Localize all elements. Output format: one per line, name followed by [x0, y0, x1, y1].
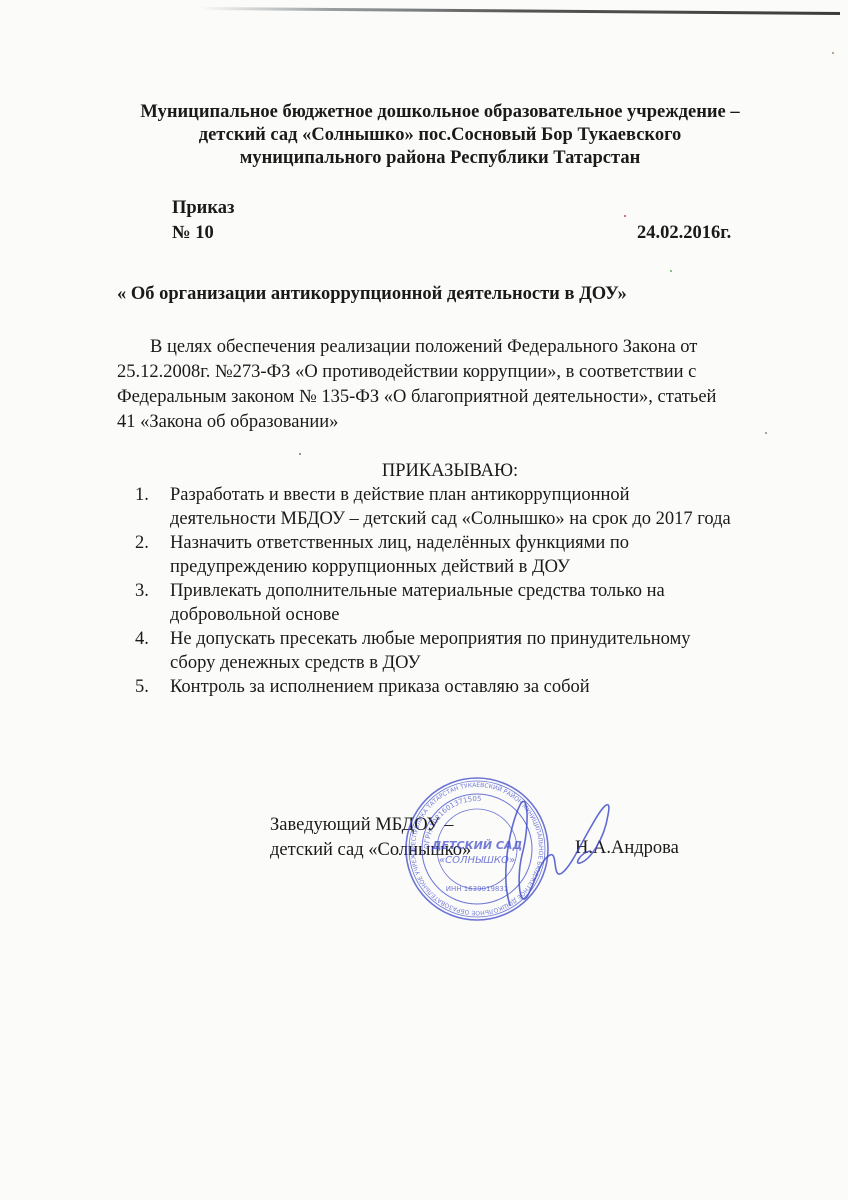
decree-heading: ПРИКАЗЫВАЮ:: [100, 461, 800, 482]
item-number: 4.: [135, 627, 149, 651]
preamble-line: 41 «Закона об образовании»: [117, 410, 797, 435]
preamble-paragraph: В целях обеспечения реализации положений…: [117, 335, 797, 435]
list-item: 1. Разработать и ввести в действие план …: [135, 483, 795, 531]
header-line: муниципального района Республики Татарст…: [100, 147, 780, 170]
preamble-line: В целях обеспечения реализации положений…: [117, 335, 797, 360]
item-text: Назначить ответственных лиц, наделённых …: [170, 531, 795, 555]
handwritten-signature-icon: [480, 785, 630, 925]
item-number: 1.: [135, 483, 149, 507]
scan-speck: [765, 432, 767, 434]
item-text: Разработать и ввести в действие план ант…: [170, 483, 795, 507]
list-item: 4. Не допускать пресекать любые мероприя…: [135, 627, 795, 675]
scan-speck: [670, 270, 672, 272]
item-text: сбору денежных средств в ДОУ: [170, 651, 795, 675]
header-line: детский сад «Солнышко» пос.Сосновый Бор …: [100, 124, 780, 147]
order-title: « Об организации антикоррупционной деяте…: [117, 284, 627, 305]
scan-speck: [299, 453, 301, 455]
header-line: Муниципальное бюджетное дошкольное образ…: [100, 101, 780, 124]
order-label: Приказ: [172, 198, 234, 219]
item-number: 5.: [135, 675, 149, 699]
scan-speck: [832, 52, 834, 54]
scan-speck: [624, 215, 626, 217]
order-items-list: 1. Разработать и ввести в действие план …: [135, 483, 795, 699]
list-item: 5. Контроль за исполнением приказа остав…: [135, 675, 795, 699]
order-date: 24.02.2016г.: [637, 223, 731, 244]
preamble-line: Федеральным законом № 135-ФЗ «О благопри…: [117, 385, 797, 410]
item-text: предупреждению коррупционных действий в …: [170, 555, 795, 579]
item-text: добровольной основе: [170, 603, 795, 627]
item-number: 3.: [135, 579, 149, 603]
item-text: Привлекать дополнительные материальные с…: [170, 579, 795, 603]
order-number: № 10: [172, 223, 214, 244]
preamble-line: 25.12.2008г. №273-ФЗ «О противодействии …: [117, 360, 797, 385]
item-text: Контроль за исполнением приказа оставляю…: [170, 675, 795, 699]
item-number: 2.: [135, 531, 149, 555]
item-text: Не допускать пресекать любые мероприятия…: [170, 627, 795, 651]
institution-header: Муниципальное бюджетное дошкольное образ…: [100, 101, 780, 170]
list-item: 2. Назначить ответственных лиц, наделённ…: [135, 531, 795, 579]
item-text: деятельности МБДОУ – детский сад «Солныш…: [170, 507, 795, 531]
list-item: 3. Привлекать дополнительные материальны…: [135, 579, 795, 627]
scan-edge-artifact: [200, 7, 840, 15]
